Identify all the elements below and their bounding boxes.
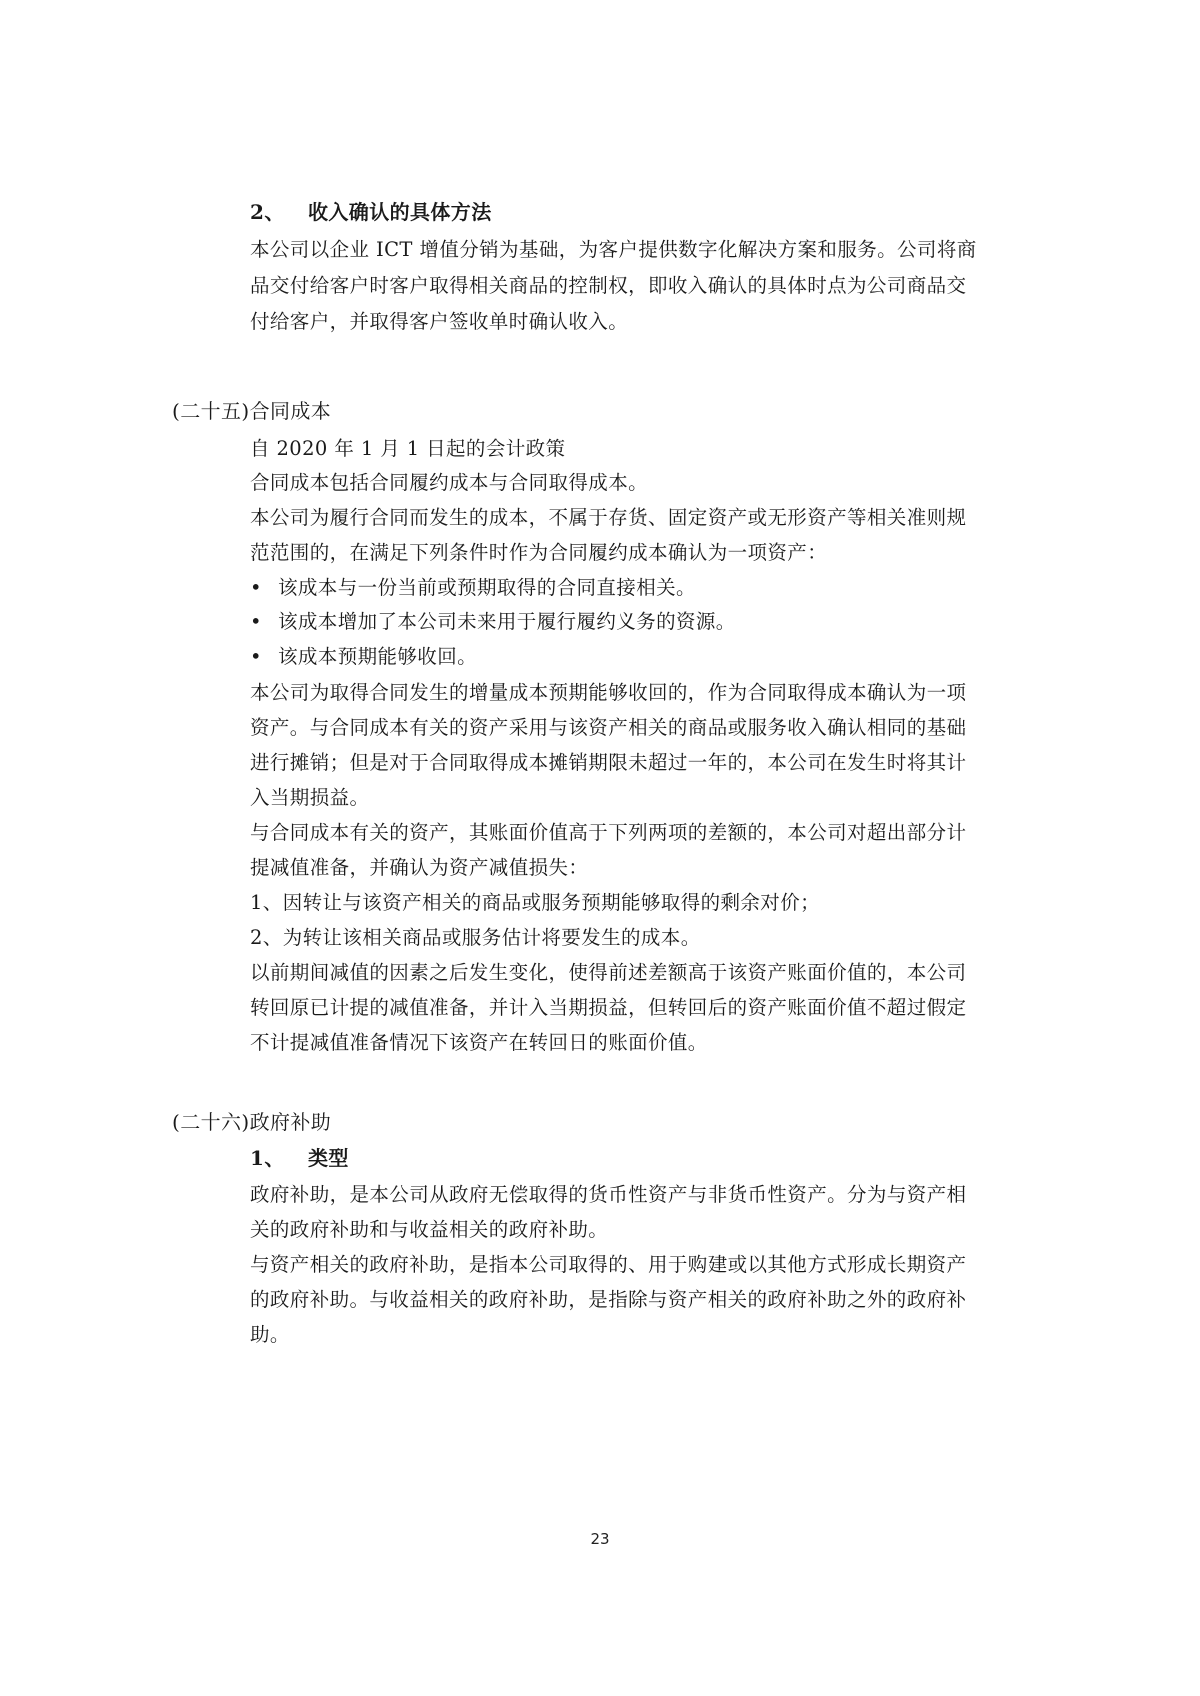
- paragraph-line: 以前期间减值的因素之后发生变化，使得前述差额高于该资产账面价值的，本公司: [250, 961, 966, 985]
- bullet-item: •该成本增加了本公司未来用于履行履约义务的资源。: [250, 610, 736, 634]
- paragraph-line: 转回原已计提的减值准备，并计入当期损益，但转回后的资产账面价值不超过假定: [250, 996, 966, 1020]
- paragraph-line: 本公司以企业 ICT 增值分销为基础，为客户提供数字化解决方案和服务。公司将商: [250, 238, 977, 262]
- paragraph-line: 入当期损益。: [250, 786, 369, 810]
- paragraph-line: 合同成本包括合同履约成本与合同取得成本。: [250, 471, 648, 495]
- paragraph-line: 提减值准备，并确认为资产减值损失：: [250, 856, 588, 880]
- document-page: 2、收入确认的具体方法 本公司以企业 ICT 增值分销为基础，为客户提供数字化解…: [0, 0, 1200, 1696]
- numbered-item: 2、为转让该相关商品或服务估计将要发生的成本。: [250, 926, 701, 950]
- paragraph-line: 与资产相关的政府补助，是指本公司取得的、用于购建或以其他方式形成长期资产: [250, 1253, 966, 1277]
- numbered-item: 1、因转让与该资产相关的商品或服务预期能够取得的剩余对价；: [250, 891, 820, 915]
- page-number: 23: [0, 1530, 1200, 1548]
- subsection-heading: 1、类型: [250, 1146, 349, 1170]
- paragraph-line: 品交付给客户时客户取得相关商品的控制权，即收入确认的具体时点为公司商品交: [250, 274, 966, 298]
- paragraph-line: 与合同成本有关的资产，其账面价值高于下列两项的差额的，本公司对超出部分计: [250, 821, 966, 845]
- paragraph-line: 关的政府补助和与收益相关的政府补助。: [250, 1218, 608, 1242]
- paragraph-line: 资产。与合同成本有关的资产采用与该资产相关的商品或服务收入确认相同的基础: [250, 716, 966, 740]
- paragraph-line: 不计提减值准备情况下该资产在转回日的账面价值。: [250, 1031, 708, 1055]
- subsection-heading: 2、收入确认的具体方法: [250, 200, 492, 224]
- paragraph-line: 范范围的，在满足下列条件时作为合同履约成本确认为一项资产：: [250, 541, 827, 565]
- paragraph-line: 政府补助，是本公司从政府无偿取得的货币性资产与非货币性资产。分为与资产相: [250, 1183, 966, 1207]
- paragraph-line: 进行摊销；但是对于合同取得成本摊销期限未超过一年的，本公司在发生时将其计: [250, 751, 966, 775]
- subsection-number: 1、: [250, 1146, 308, 1170]
- bullet-icon: •: [250, 610, 278, 634]
- paragraph-line: 付给客户，并取得客户签收单时确认收入。: [250, 310, 628, 334]
- bullet-item: •该成本预期能够收回。: [250, 645, 477, 669]
- paragraph-line: 助。: [250, 1323, 290, 1347]
- bullet-text: 该成本预期能够收回。: [278, 645, 477, 668]
- bullet-item: •该成本与一份当前或预期取得的合同直接相关。: [250, 576, 696, 600]
- bullet-text: 该成本与一份当前或预期取得的合同直接相关。: [278, 576, 696, 599]
- bullet-icon: •: [250, 645, 278, 669]
- bullet-text: 该成本增加了本公司未来用于履行履约义务的资源。: [278, 610, 736, 633]
- paragraph-line: 的政府补助。与收益相关的政府补助，是指除与资产相关的政府补助之外的政府补: [250, 1288, 966, 1312]
- section-heading: (二十六)政府补助: [172, 1110, 331, 1134]
- subsection-title: 收入确认的具体方法: [308, 200, 492, 224]
- policy-date-line: 自 2020 年 1 月 1 日起的会计政策: [250, 437, 565, 461]
- bullet-icon: •: [250, 576, 278, 600]
- subsection-number: 2、: [250, 200, 308, 224]
- section-heading: (二十五)合同成本: [172, 399, 331, 423]
- paragraph-line: 本公司为履行合同而发生的成本，不属于存货、固定资产或无形资产等相关准则规: [250, 506, 966, 530]
- paragraph-line: 本公司为取得合同发生的增量成本预期能够收回的，作为合同取得成本确认为一项: [250, 681, 966, 705]
- subsection-title: 类型: [308, 1146, 349, 1170]
